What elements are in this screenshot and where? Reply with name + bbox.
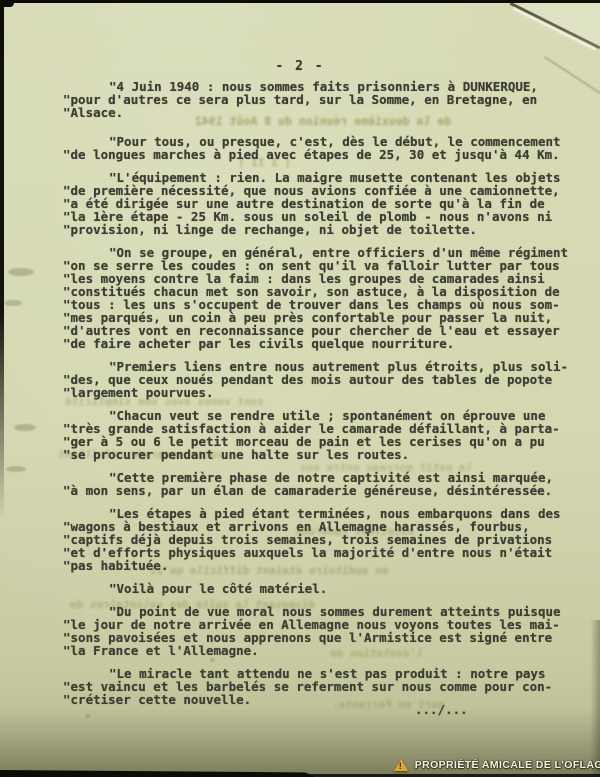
text-line: "de faire acheter par les civils quelque… (63, 337, 600, 350)
text-column: "4 Juin 1940 : nous sommes faits prisonn… (63, 80, 600, 716)
text-line: "de longues marches à pied avec étapes d… (63, 148, 600, 161)
paragraph: "Pour tous, ou presque, c'est, dès le dé… (63, 135, 600, 161)
paragraph: "Cette première phase de notre captivité… (63, 471, 600, 497)
scanned-document-page: de la deuxième réunion du 8 Août 1942( I… (0, 0, 600, 777)
watermark-label: PROPRIÉTÉ AMICALE DE L'OFLAG (415, 759, 600, 771)
text-line: "pas habituée. (63, 559, 600, 572)
paragraph: "Premiers liens entre nous autrement plu… (63, 360, 600, 399)
text-line: "provision, ni linge de rechange, ni obj… (63, 223, 600, 236)
paragraph: "4 Juin 1940 : nous sommes faits prisonn… (63, 80, 600, 119)
scan-edge-top (0, 0, 600, 3)
stain (4, 300, 22, 306)
paragraph: "Le miracle tant attendu ne s'est pas pr… (63, 667, 600, 706)
stain (6, 466, 26, 472)
text-line: "à mon sens, par un élan de camaraderie … (63, 484, 600, 497)
page-number: - 2 - (0, 60, 600, 74)
paragraph: "Chacun veut se rendre utile ; spontaném… (63, 409, 600, 461)
text-line: "pour d'autres ce sera plus tard, sur la… (63, 93, 600, 106)
paragraph: "L'équipement : rien. La maigre musette … (63, 171, 600, 236)
text-line: "Alsace. (63, 106, 600, 119)
stain (14, 424, 36, 431)
continuation-mark: .../... (415, 703, 468, 716)
text-line: "largement pourvues. (63, 386, 600, 399)
scan-edge-left (0, 0, 4, 520)
warning-triangle-icon (394, 759, 408, 771)
text-line: "crétiser cette nouvelle. (63, 693, 600, 706)
paragraph: "Du point de vue moral nous sommes durem… (63, 605, 600, 657)
paragraph: "Voilà pour le côté matériel. (63, 582, 600, 595)
paragraph: "Les étapes à pied étant terminées, nous… (63, 507, 600, 572)
text-line: "la France et l'Allemagne. (63, 644, 600, 657)
text-line: "se procurer pendant une halte sur les r… (63, 448, 600, 461)
paragraph: "On se groupe, en général, entre officie… (63, 246, 600, 350)
scan-edge-bottom-left (0, 770, 315, 777)
stain (8, 268, 34, 276)
text-line: "Voilà pour le côté matériel. (63, 582, 600, 595)
watermark: PROPRIÉTÉ AMICALE DE L'OFLAG (394, 759, 600, 771)
